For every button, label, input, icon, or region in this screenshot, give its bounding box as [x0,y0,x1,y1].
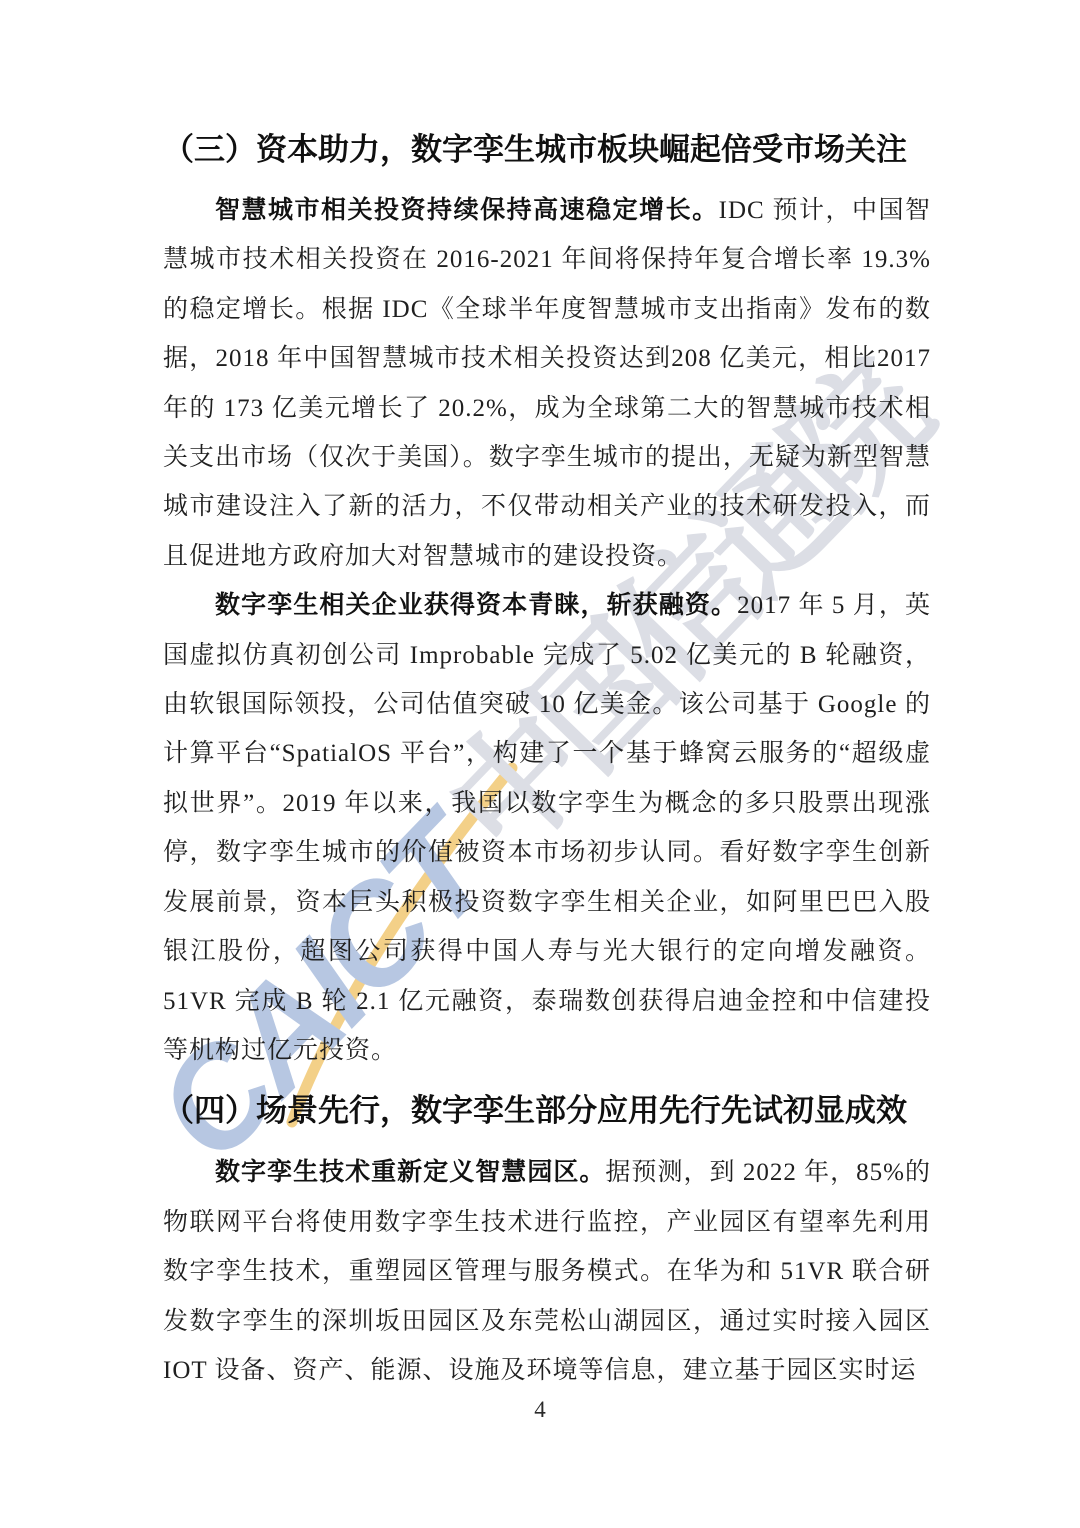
paragraph-smart-city-investment: 智慧城市相关投资持续保持高速稳定增长。IDC 预计，中国智慧城市技术相关投资在 … [163,186,931,581]
paragraph-body: IDC 预计，中国智慧城市技术相关投资在 2016-2021 年间将保持年复合增… [163,197,931,570]
document-page: CAICT 中国信通院 （三）资本助力，数字孪生城市板块崛起倍受市场关注 智慧城… [0,0,1080,1528]
page-number: 4 [0,1396,1080,1424]
section-heading-3: （三）资本助力，数字孪生城市板块崛起倍受市场关注 [163,0,931,170]
document-content: （三）资本助力，数字孪生城市板块崛起倍受市场关注 智慧城市相关投资持续保持高速稳… [163,0,931,1395]
paragraph-lead: 数字孪生技术重新定义智慧园区。 [215,1158,605,1186]
section-heading-4: （四）场景先行，数字孪生部分应用先行先试初显成效 [163,1090,931,1131]
paragraph-lead: 智慧城市相关投资持续保持高速稳定增长。 [215,196,719,224]
paragraph-smart-park: 数字孪生技术重新定义智慧园区。据预测，到 2022 年，85%的物联网平台将使用… [163,1148,931,1395]
paragraph-lead: 数字孪生相关企业获得资本青睐，斩获融资。 [215,591,737,619]
paragraph-body: 据预测，到 2022 年，85%的物联网平台将使用数字孪生技术进行监控，产业园区… [163,1159,931,1384]
paragraph-twin-financing: 数字孪生相关企业获得资本青睐，斩获融资。2017 年 5 月，英国虚拟仿真初创公… [163,581,931,1075]
paragraph-body: 2017 年 5 月，英国虚拟仿真初创公司 Improbable 完成了 5.0… [163,592,931,1064]
